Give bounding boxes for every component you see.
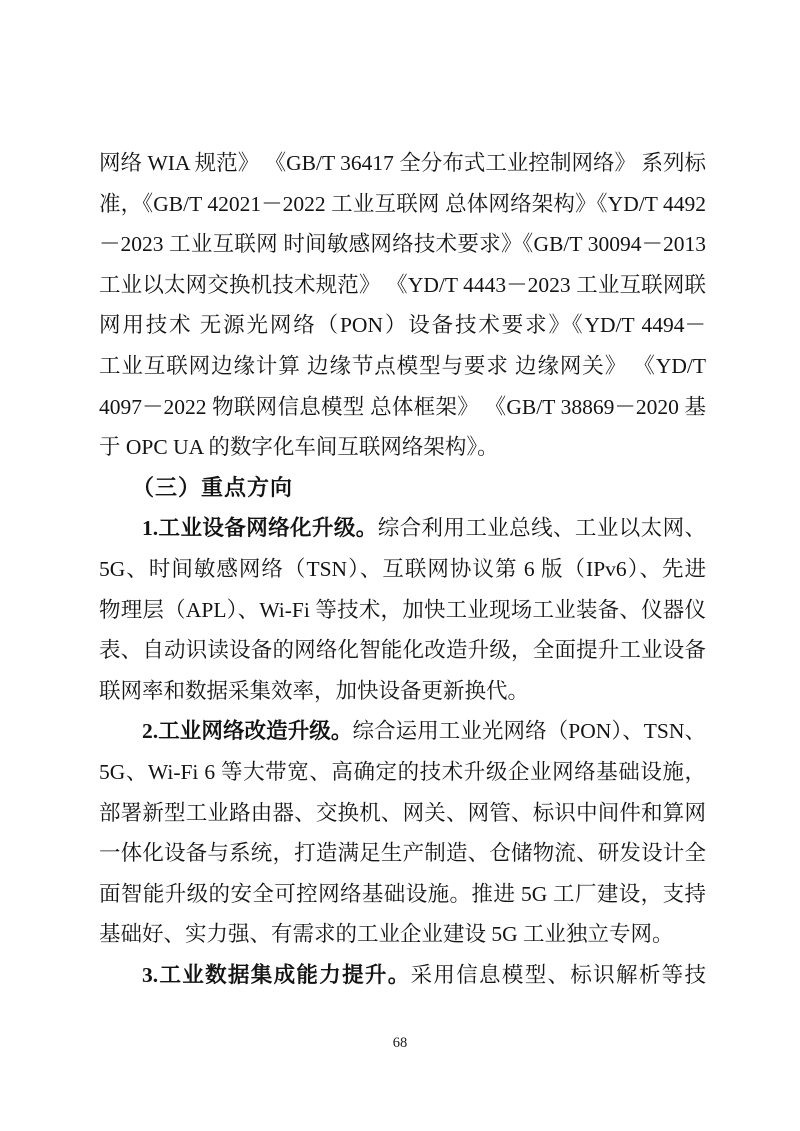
text-line: 于 OPC UA 的数字化车间互联网络架构》。: [99, 427, 706, 468]
text-segment: 表、自动识读设备的网络化智能化改造升级，全面提升工业设备: [99, 638, 706, 662]
text-line: 3.工业数据集成能力提升。采用信息模型、标识解析等技术，: [99, 955, 706, 996]
text-segment: 联网率和数据采集效率，加快设备更新换代。: [99, 679, 529, 703]
text-line: 面智能升级的安全可控网络基础设施。推进 5G 工厂建设，支持: [99, 874, 706, 915]
text-segment: 工业以太网交换机技术规范》 《YD/T 4443－2023 工业互联网联: [99, 273, 706, 297]
text-line: 网络 WIA 规范》 《GB/T 36417 全分布式工业控制网络》 系列标: [99, 143, 706, 184]
text-segment: 基础好、实力强、有需求的工业企业建设 5G 工业独立专网。: [99, 922, 674, 946]
text-segment: 网络 WIA 规范》 《GB/T 36417 全分布式工业控制网络》 系列标: [99, 151, 706, 175]
text-line: 准，《GB/T 42021－2022 工业互联网 总体网络架构》《YD/T 44…: [99, 184, 706, 225]
text-line: 工业以太网交换机技术规范》 《YD/T 4443－2023 工业互联网联: [99, 265, 706, 306]
text-line: 联网率和数据采集效率，加快设备更新换代。: [99, 671, 706, 712]
text-line: －2023 工业互联网 时间敏感网络技术要求》《GB/T 30094－2013: [99, 224, 706, 265]
text-line: 4097－2022 物联网信息模型 总体框架》 《GB/T 38869－2020…: [99, 387, 706, 428]
text-segment: 网用技术 无源光网络（PON）设备技术要求》《YD/T 4494－2023: [99, 313, 706, 346]
text-segment: 5G、时间敏感网络（TSN）、互联网协议第 6 版（IPv6）、先进: [99, 557, 706, 581]
text-segment: 一体化设备与系统，打造满足生产制造、仓储物流、研发设计全: [99, 841, 706, 865]
text-segment: 综合利用工业总线、工业以太网、: [378, 516, 706, 540]
text-segment: 2.工业网络改造升级。: [142, 719, 352, 743]
text-line: 部署新型工业路由器、交换机、网关、网管、标识中间件和算网: [99, 793, 706, 834]
text-segment: 工业互联网边缘计算 边缘节点模型与要求 边缘网关》 《YD/T: [99, 354, 706, 378]
text-segment: －2023 工业互联网 时间敏感网络技术要求》《GB/T 30094－2013: [99, 232, 706, 256]
text-line: 表、自动识读设备的网络化智能化改造升级，全面提升工业设备: [99, 630, 706, 671]
text-line: 5G、时间敏感网络（TSN）、互联网协议第 6 版（IPv6）、先进: [99, 549, 706, 590]
text-segment: 物理层（APL）、Wi-Fi 等技术，加快工业现场工业装备、仪器仪: [99, 598, 706, 622]
text-line: 网用技术 无源光网络（PON）设备技术要求》《YD/T 4494－2023: [99, 305, 706, 346]
text-segment: 4097－2022 物联网信息模型 总体框架》 《GB/T 38869－2020…: [99, 395, 706, 419]
text-line: 5G、Wi-Fi 6 等大带宽、高确定的技术升级企业网络基础设施，: [99, 752, 706, 793]
document-page: 网络 WIA 规范》 《GB/T 36417 全分布式工业控制网络》 系列标准，…: [0, 0, 800, 1131]
text-line: 1.工业设备网络化升级。综合利用工业总线、工业以太网、: [99, 508, 706, 549]
text-segment: 部署新型工业路由器、交换机、网关、网管、标识中间件和算网: [99, 801, 706, 825]
page-number: 68: [0, 1033, 800, 1053]
text-segment: 于 OPC UA 的数字化车间互联网络架构》。: [99, 435, 499, 459]
text-line: 物理层（APL）、Wi-Fi 等技术，加快工业现场工业装备、仪器仪: [99, 590, 706, 631]
text-line: 工业互联网边缘计算 边缘节点模型与要求 边缘网关》 《YD/T: [99, 346, 706, 387]
text-line: 一体化设备与系统，打造满足生产制造、仓储物流、研发设计全: [99, 833, 706, 874]
text-line: 2.工业网络改造升级。综合运用工业光网络（PON）、TSN、: [99, 711, 706, 752]
text-line: （三）重点方向: [99, 468, 706, 509]
text-segment: 综合运用工业光网络（PON）、TSN、: [352, 719, 706, 743]
text-segment: 5G、Wi-Fi 6 等大带宽、高确定的技术升级企业网络基础设施，: [99, 760, 706, 784]
text-line: 基础好、实力强、有需求的工业企业建设 5G 工业独立专网。: [99, 914, 706, 955]
text-segment: 1.工业设备网络化升级。: [142, 516, 378, 540]
text-segment: （三）重点方向: [132, 475, 293, 500]
text-segment: 准，《GB/T 42021－2022 工业互联网 总体网络架构》《YD/T 44…: [99, 192, 706, 216]
text-segment: 面智能升级的安全可控网络基础设施。推进 5G 工厂建设，支持: [99, 882, 706, 906]
text-segment: 3.工业数据集成能力提升。: [142, 963, 411, 987]
text-block: 网络 WIA 规范》 《GB/T 36417 全分布式工业控制网络》 系列标准，…: [99, 143, 706, 995]
